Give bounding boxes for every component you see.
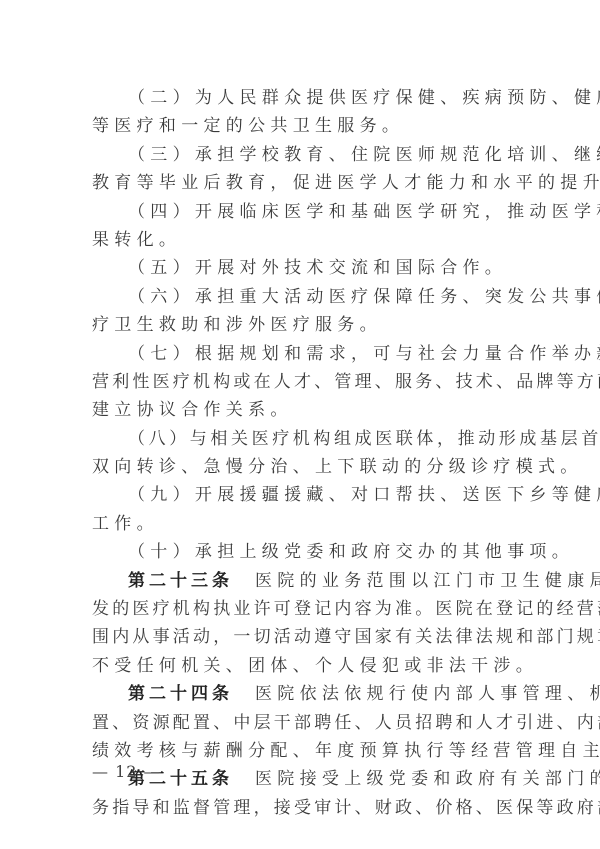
list-item-3-line-2: 教育等毕业后教育，促进医学人才能力和水平的提升。 [92,169,512,197]
list-item-8-line-2: 双向转诊、急慢分治、上下联动的分级诊疗模式。 [92,453,512,481]
article-23-line-4: 不受任何机关、团体、个人侵犯或非法干涉。 [92,652,512,680]
article-25-line-2: 务指导和监督管理，接受审计、财政、价格、医保等政府部 [92,794,512,822]
list-item-7-line-1: （七）根据规划和需求，可与社会力量合作举办新的非 [92,340,512,368]
page-number: — 12 — [92,762,161,781]
article-23-line-3: 围内从事活动，一切活动遵守国家有关法律法规和部门规章， [92,623,512,651]
article-23-heading: 第二十三条 [128,571,233,591]
list-item-5: （五）开展对外技术交流和国际合作。 [92,254,512,282]
article-24-line-1: 第二十四条医院依法依规行使内部人事管理、机构设 [92,680,512,708]
article-24-line-2: 置、资源配置、中层干部聘任、人员招聘和人才引进、内部 [92,709,512,737]
list-item-4-line-2: 果转化。 [92,226,512,254]
document-body: （二）为人民群众提供医疗保健、疾病预防、健康教育 等医疗和一定的公共卫生服务。 … [92,84,512,822]
list-item-2-line-2: 等医疗和一定的公共卫生服务。 [92,112,512,140]
list-item-6-line-1: （六）承担重大活动医疗保障任务、突发公共事件的医 [92,283,512,311]
list-item-6-line-2: 疗卫生救助和涉外医疗服务。 [92,311,512,339]
list-item-9-line-2: 工作。 [92,510,512,538]
list-item-7-line-2: 营利性医疗机构或在人才、管理、服务、技术、品牌等方面 [92,368,512,396]
document-page: （二）为人民群众提供医疗保健、疾病预防、健康教育 等医疗和一定的公共卫生服务。 … [0,0,600,849]
list-item-9-line-1: （九）开展援疆援藏、对口帮扶、送医下乡等健康扶贫 [92,481,512,509]
list-item-8-line-1: （八）与相关医疗机构组成医联体，推动形成基层首诊、 [92,425,512,453]
article-23-first-line: 医院的业务范围以江门市卫生健康局核 [255,571,600,591]
list-item-7-line-3: 建立协议合作关系。 [92,396,512,424]
list-item-2-line-1: （二）为人民群众提供医疗保健、疾病预防、健康教育 [92,84,512,112]
article-23-line-2: 发的医疗机构执业许可登记内容为准。医院在登记的经营范 [92,595,512,623]
article-24-first-line: 医院依法依规行使内部人事管理、机构设 [255,684,600,704]
article-25-first-line: 医院接受上级党委和政府有关部门的业 [255,769,600,789]
article-23-line-1: 第二十三条医院的业务范围以江门市卫生健康局核 [92,567,512,595]
list-item-10: （十）承担上级党委和政府交办的其他事项。 [92,538,512,566]
article-24-heading: 第二十四条 [128,684,233,704]
list-item-3-line-1: （三）承担学校教育、住院医师规范化培训、继续医学 [92,141,512,169]
list-item-4-line-1: （四）开展临床医学和基础医学研究，推动医学科技成 [92,198,512,226]
